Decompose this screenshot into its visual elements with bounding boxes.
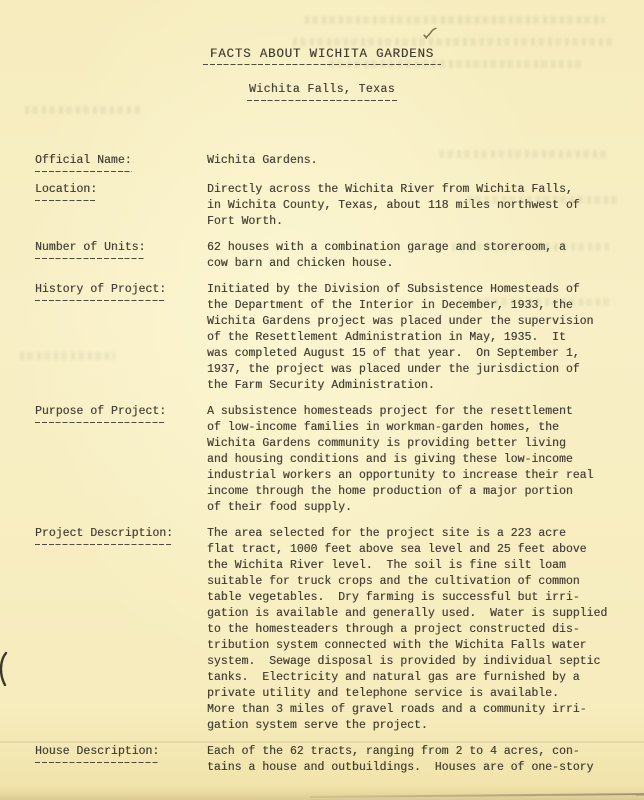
scan-artifact-line xyxy=(0,741,644,743)
label-cell: History of Project: xyxy=(35,282,207,394)
label-cell: Purpose of Project: xyxy=(35,404,207,516)
text-line: to the homesteaders through a project co… xyxy=(207,622,620,638)
text-line: Wichita Gardens project was placed under… xyxy=(207,314,620,330)
text-line: of the Resettlement Administration in Ma… xyxy=(207,330,620,346)
section-text: Directly across the Wichita River from W… xyxy=(207,182,620,230)
text-line: of their food supply. xyxy=(207,500,620,516)
bleed-through-mark xyxy=(305,16,605,24)
text-line: tribution system connected with the Wich… xyxy=(207,638,620,654)
bleed-through-mark xyxy=(452,243,612,251)
section-house-description: House Description: Each of the 62 tracts… xyxy=(35,744,620,776)
bleed-through-mark xyxy=(468,196,618,204)
section-label: Project Description: xyxy=(35,526,173,545)
section-text: The area selected for the project site i… xyxy=(207,526,620,734)
text-line: flat tract, 1000 feet above sea level an… xyxy=(207,542,620,558)
section-label: Official Name: xyxy=(35,153,132,172)
margin-pen-stroke xyxy=(0,651,9,693)
section-label: History of Project: xyxy=(35,282,166,301)
section-label: Purpose of Project: xyxy=(35,404,166,423)
text-line: private utility and telephone service is… xyxy=(207,686,620,702)
label-cell: Official Name: xyxy=(35,153,207,172)
text-line: gation system serve the project. xyxy=(207,718,620,734)
label-cell: Number of Units: xyxy=(35,240,207,272)
section-label: House Description: xyxy=(35,744,159,763)
section-location: Location: Directly across the Wichita Ri… xyxy=(35,182,620,230)
text-line: of low-income families in workman-garden… xyxy=(207,420,620,436)
text-line: Fort Worth. xyxy=(207,214,620,230)
section-label: Location: xyxy=(35,182,97,201)
document-subtitle: Wichita Falls, Texas xyxy=(247,82,397,101)
section-text: Each of the 62 tracts, ranging from 2 to… xyxy=(207,744,620,776)
pencil-checkmark-icon xyxy=(422,27,438,47)
bleed-through-mark xyxy=(293,38,613,46)
label-cell: Project Description: xyxy=(35,526,207,734)
text-line: industrial workers an opportunity to inc… xyxy=(207,468,620,484)
bleed-through-mark xyxy=(460,298,610,306)
text-line: Initiated by the Division of Subsistence… xyxy=(207,282,620,298)
bleed-through-mark xyxy=(20,352,115,360)
section-purpose-of-project: Purpose of Project: A subsistence homest… xyxy=(35,404,620,516)
text-line: and housing conditions and is giving the… xyxy=(207,452,620,468)
text-line: tains a house and outbuildings. Houses a… xyxy=(207,760,620,776)
text-line: 1937, the project was placed under the j… xyxy=(207,362,620,378)
bleed-through-mark xyxy=(440,150,610,158)
bleed-through-mark xyxy=(330,60,585,68)
section-project-description: Project Description: The area selected f… xyxy=(35,526,620,734)
text-line: income through the home production of a … xyxy=(207,484,620,500)
bleed-through-mark xyxy=(25,106,140,114)
text-line: gation is available and generally used. … xyxy=(207,606,620,622)
label-cell: Location: xyxy=(35,182,207,230)
text-line: system. Sewage disposal is provided by i… xyxy=(207,654,620,670)
text-line: suitable for truck crops and the cultiva… xyxy=(207,574,620,590)
text-line: the Wichita River level. The soil is fin… xyxy=(207,558,620,574)
text-line: table vegetables. Dry farming is success… xyxy=(207,590,620,606)
text-line: cow barn and chicken house. xyxy=(207,256,620,272)
text-line: the Farm Security Administration. xyxy=(207,378,620,394)
text-line: More than 3 miles of gravel roads and a … xyxy=(207,702,620,718)
label-cell: House Description: xyxy=(35,744,207,776)
text-line: tanks. Electricity and natural gas are f… xyxy=(207,670,620,686)
text-line: The area selected for the project site i… xyxy=(207,526,620,542)
document-page: FACTS ABOUT WICHITA GARDENS Wichita Fall… xyxy=(0,0,644,800)
text-line: Each of the 62 tracts, ranging from 2 to… xyxy=(207,744,620,760)
text-line: was completed August 15 of that year. On… xyxy=(207,346,620,362)
text-line: A subsistence homesteads project for the… xyxy=(207,404,620,420)
section-text: A subsistence homesteads project for the… xyxy=(207,404,620,516)
text-line: Wichita Gardens community is providing b… xyxy=(207,436,620,452)
section-label: Number of Units: xyxy=(35,240,145,259)
